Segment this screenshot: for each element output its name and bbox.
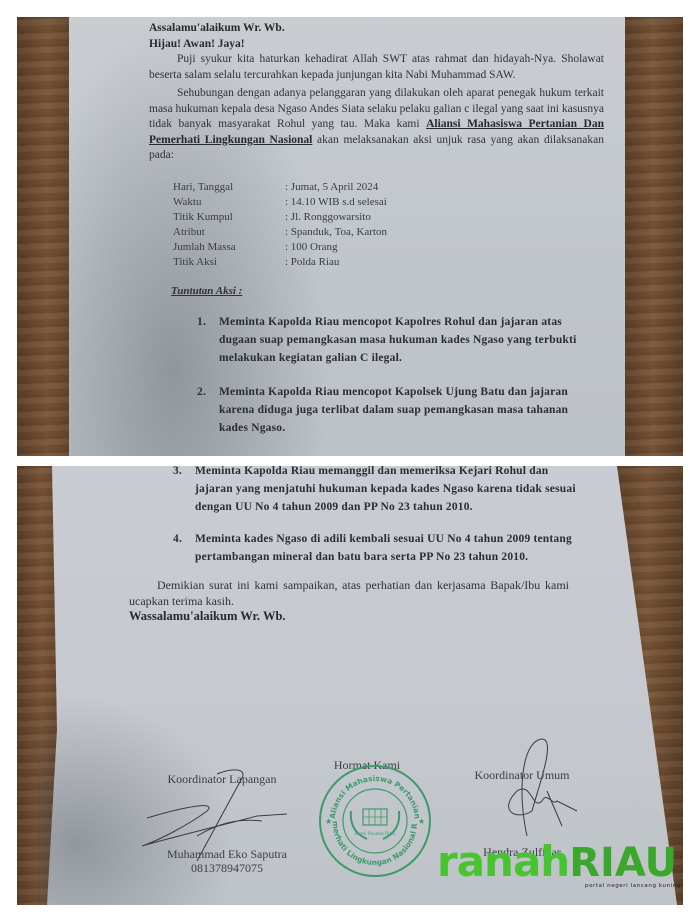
demand-text: Meminta Kapolda Riau mencopot Kapolres R… (219, 313, 597, 367)
wood-background (17, 17, 77, 456)
demand-text: Meminta Kapolda Riau mencopot Kapolsek U… (219, 383, 597, 437)
brand-right: RIAU (569, 840, 677, 886)
detail-label: Hari, Tanggal (173, 180, 285, 195)
detail-value: : 100 Orang (285, 240, 609, 255)
detail-label: Titik Aksi (173, 255, 285, 270)
motto: Hijau! Awan! Jaya! (149, 37, 609, 53)
letter-body-bottom: 3.Meminta Kapolda Riau memanggil dan mem… (129, 466, 629, 625)
detail-value: : Jumat, 5 April 2024 (285, 180, 609, 195)
detail-label: Titik Kumpul (173, 210, 285, 225)
detail-value: : Polda Riau (285, 255, 609, 270)
detail-value: : Spanduk, Toa, Karton (285, 225, 609, 240)
farewell: Wassalamu'alaikum Wr. Wb. (129, 609, 629, 625)
ranahriau-watermark-logo: ranahRIAU portal negeri lancang kuning (437, 837, 677, 886)
demand-number: 3. (173, 466, 195, 516)
closing-paragraph: Demikian surat ini kami sampaikan, atas … (129, 578, 569, 609)
demand-item: 1.Meminta Kapolda Riau mencopot Kapolres… (197, 313, 597, 367)
detail-label: Atribut (173, 225, 285, 240)
wood-background (623, 17, 683, 456)
demand-item: 4.Meminta kades Ngaso di adili kembali s… (173, 530, 578, 566)
demands-list: 1.Meminta Kapolda Riau mencopot Kapolres… (197, 313, 597, 437)
demands-list-continued: 3.Meminta Kapolda Riau memanggil dan mem… (173, 466, 578, 566)
demand-item: 2.Meminta Kapolda Riau mencopot Kapolsek… (197, 383, 597, 437)
detail-label: Waktu (173, 195, 285, 210)
demand-text: Meminta kades Ngaso di adili kembali ses… (195, 530, 578, 566)
detail-value: : Jl. Ronggowarsito (285, 210, 609, 225)
demand-item: 3.Meminta Kapolda Riau memanggil dan mem… (173, 466, 578, 516)
photo-panel-bottom: 3.Meminta Kapolda Riau memanggil dan mem… (17, 466, 683, 905)
demand-number: 4. (173, 530, 195, 566)
organization-stamp-icon: Aliansi Mahasiswa Pertanian Pemerhati Li… (315, 761, 435, 881)
signer-phone: 081378947075 (147, 861, 307, 875)
demand-number: 2. (197, 383, 219, 437)
signature-block-field-coordinator-name: Muhammad Eko Saputra 081378947075 (147, 847, 307, 875)
svg-text:Bumi Pusaka Riau: Bumi Pusaka Riau (355, 831, 395, 837)
detail-value: : 14.10 WIB s.d selesai (285, 195, 609, 210)
greeting: Assalamu'alaikum Wr. Wb. (149, 21, 609, 37)
signer-name: Muhammad Eko Saputra (147, 847, 307, 861)
demand-text: Meminta Kapolda Riau memanggil dan memer… (195, 466, 578, 516)
photo-panel-top: Assalamu'alaikum Wr. Wb. Hijau! Awan! Ja… (17, 17, 683, 456)
event-details: Hari, Tanggal: Jumat, 5 April 2024Waktu:… (173, 180, 609, 270)
brand-tagline: portal negeri lancang kuning (585, 883, 681, 889)
brand-left: ranah (437, 837, 569, 886)
purpose-paragraph: Sehubungan dengan adanya pelanggaran yan… (149, 86, 604, 164)
signature-scribble-icon (487, 731, 587, 841)
svg-text:★: ★ (325, 817, 332, 826)
detail-label: Jumlah Massa (173, 240, 285, 255)
demands-title: Tuntutan Aksi : (171, 284, 609, 300)
demand-number: 1. (197, 313, 219, 367)
opening-paragraph: Puji syukur kita haturkan kehadirat Alla… (149, 52, 604, 83)
letter-body-top: Assalamu'alaikum Wr. Wb. Hijau! Awan! Ja… (149, 21, 609, 437)
svg-text:★: ★ (418, 817, 425, 826)
